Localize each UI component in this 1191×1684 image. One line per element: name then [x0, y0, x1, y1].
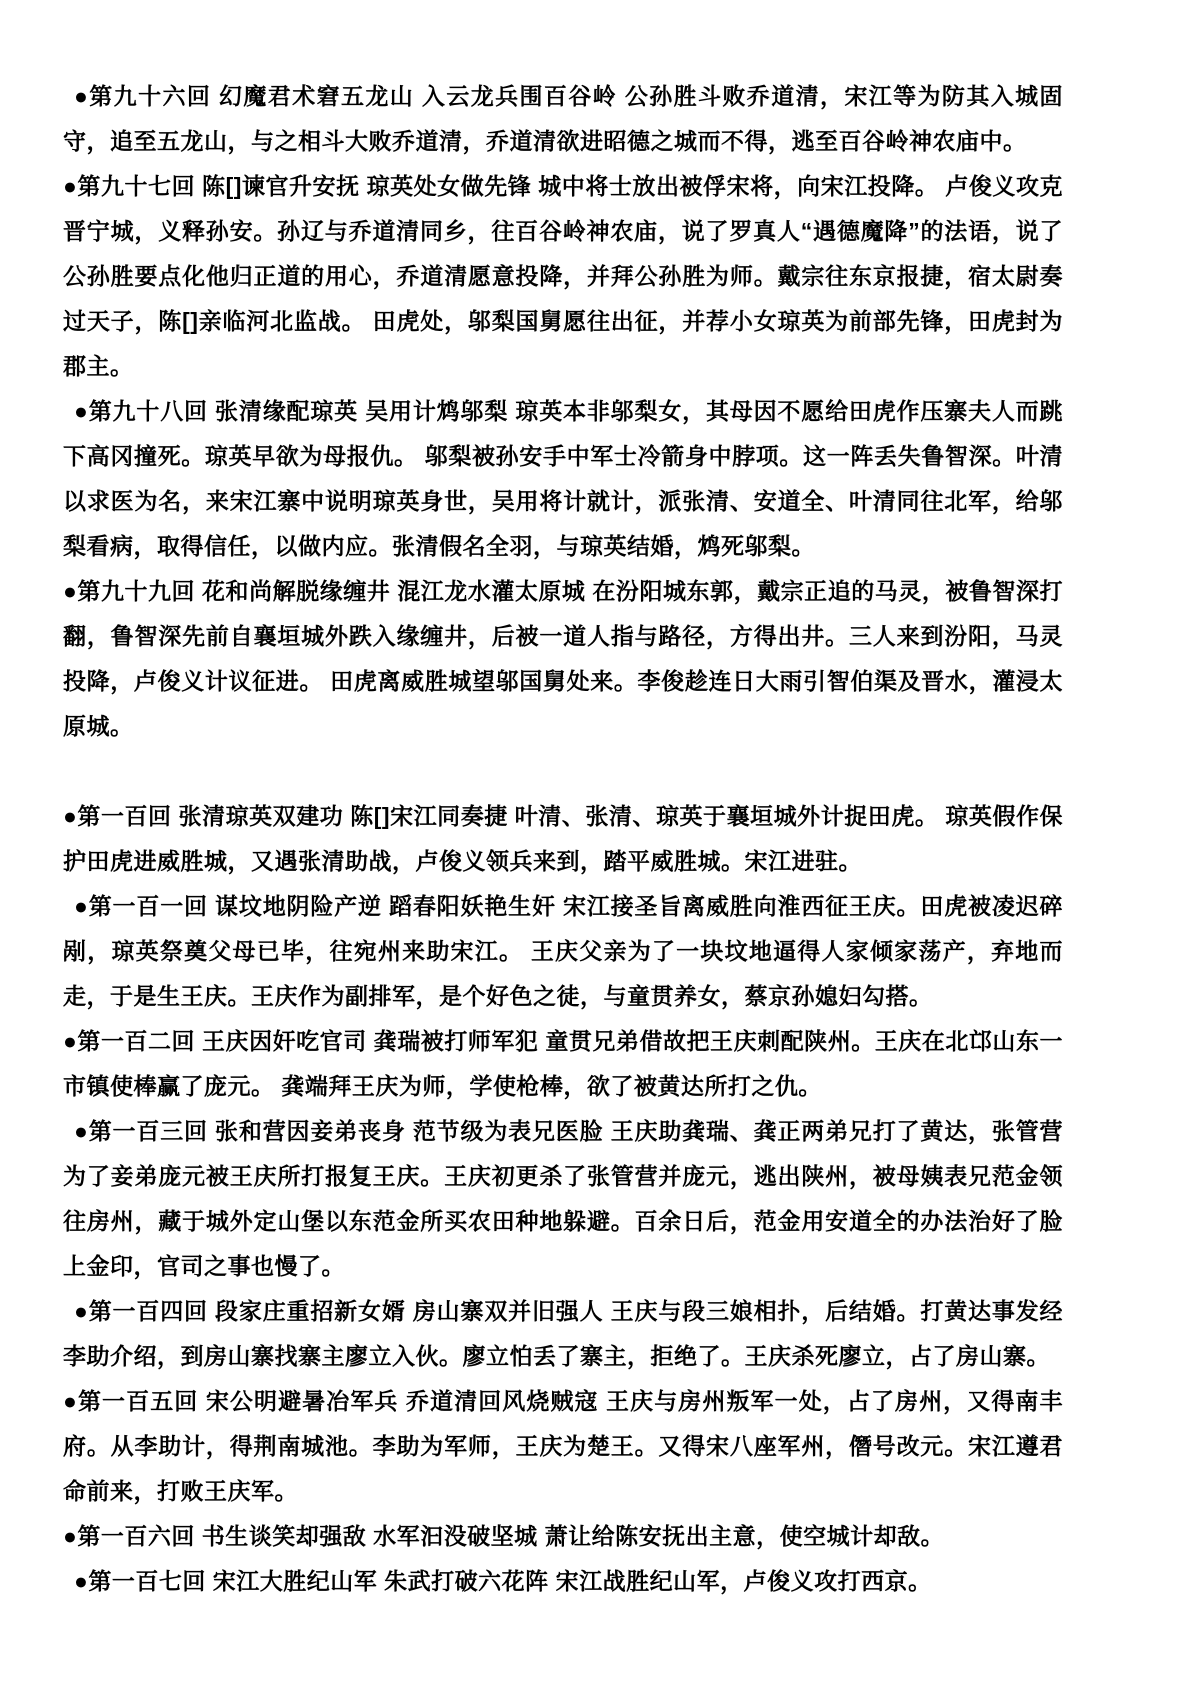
chapter-105-summary: ●第一百五回 宋公明避暑冶军兵 乔道清回风烧贼寇 王庆与房州叛军一处，占了房州，…	[63, 1379, 1063, 1514]
chapter-100-summary: ●第一百回 张清琼英双建功 陈[]宋江同奏捷 叶清、张清、琼英于襄垣城外计捉田虎…	[63, 794, 1063, 884]
chapter-98-summary: ●第九十八回 张清缘配琼英 吴用计鸩邬梨 琼英本非邬梨女，其母因不愿给田虎作压寨…	[63, 389, 1063, 569]
chapter-97-summary: ●第九十七回 陈[]谏官升安抚 琼英处女做先锋 城中将士放出被俘宋将，向宋江投降…	[63, 164, 1063, 389]
chapter-104-summary: ●第一百四回 段家庄重招新女婿 房山寨双并旧强人 王庆与段三娘相扑，后结婚。打黄…	[63, 1289, 1063, 1379]
chapter-99-summary: ●第九十九回 花和尚解脱缘缠井 混江龙水灌太原城 在汾阳城东郭，戴宗正追的马灵，…	[63, 569, 1063, 749]
chapter-107-summary: ●第一百七回 宋江大胜纪山军 朱武打破六花阵 宋江战胜纪山军，卢俊义攻打西京。	[63, 1559, 1063, 1604]
chapter-101-summary: ●第一百一回 谋坟地阴险产逆 蹈春阳妖艳生奸 宋江接圣旨离威胜向淮西征王庆。田虎…	[63, 884, 1063, 1019]
chapter-96-summary: ●第九十六回 幻魔君术窘五龙山 入云龙兵围百谷岭 公孙胜斗败乔道清，宋江等为防其…	[63, 74, 1063, 164]
chapter-103-summary: ●第一百三回 张和营因妾弟丧身 范节级为表兄医脸 王庆助龚瑞、龚正两弟兄打了黄达…	[63, 1109, 1063, 1289]
chapter-102-summary: ●第一百二回 王庆因奸吃官司 龚瑞被打师军犯 童贯兄弟借故把王庆刺配陕州。王庆在…	[63, 1019, 1063, 1109]
chapter-summaries-text: ●第九十六回 幻魔君术窘五龙山 入云龙兵围百谷岭 公孙胜斗败乔道清，宋江等为防其…	[63, 74, 1063, 1604]
chapter-106-summary: ●第一百六回 书生谈笑却强敌 水军汩没破坚城 萧让给陈安抚出主意，使空城计却敌。	[63, 1514, 1063, 1559]
document-page: ●第九十六回 幻魔君术窘五龙山 入云龙兵围百谷岭 公孙胜斗败乔道清，宋江等为防其…	[0, 0, 1191, 1684]
